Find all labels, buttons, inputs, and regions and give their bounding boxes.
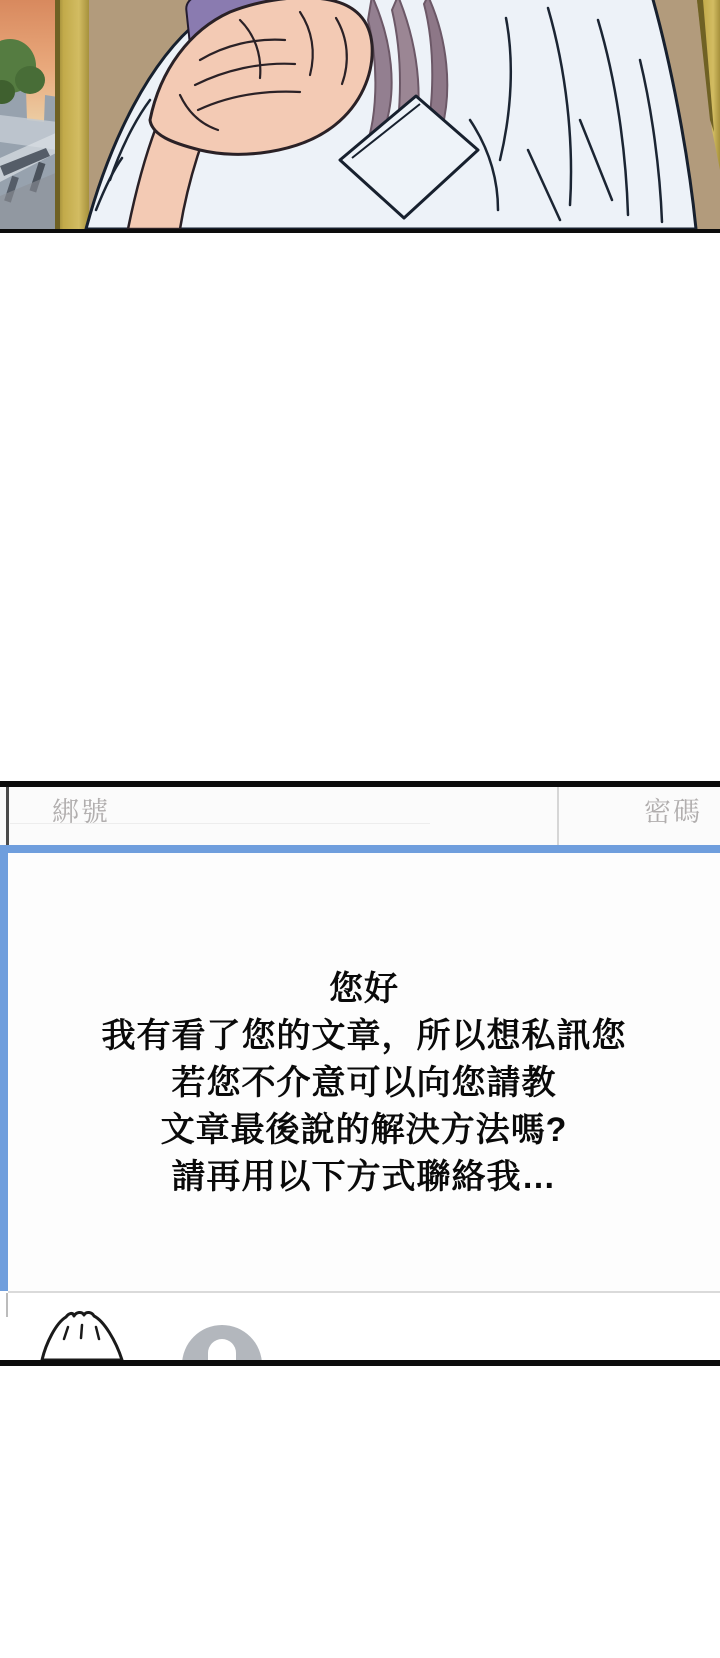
account-field-underline [10, 823, 430, 824]
field-divider [557, 787, 559, 845]
message-line: 請再用以下方式聯絡我… [8, 1154, 720, 1201]
chat-toolbar [0, 1293, 720, 1360]
password-field[interactable]: 密碼 [644, 790, 702, 829]
message-line: 您好 [8, 966, 720, 1013]
message-text: 您好 我有看了您的文章，所以想私訊您 若您不介意可以向您請教 文章最後說的解決方… [8, 966, 720, 1201]
login-form: 綁號 密碼 [0, 781, 720, 845]
message-line: 我有看了您的文章，所以想私訊您 [8, 1013, 720, 1060]
password-placeholder: 密碼 [644, 797, 702, 827]
bottom-whitespace [0, 1366, 720, 1658]
message-line: 文章最後說的解決方法嗎? [8, 1107, 720, 1154]
login-form-left-border [6, 787, 9, 845]
avatar-head-shape [208, 1339, 236, 1360]
webtoon-page: 綁號 密碼 您好 我有看了您的文章，所以想私訊您 若您不介意可以向您請教 文章最… [0, 0, 720, 1658]
bun-sticker-icon[interactable] [36, 1307, 128, 1360]
message-panel: 您好 我有看了您的文章，所以想私訊您 若您不介意可以向您請教 文章最後說的解決方… [0, 845, 720, 1291]
message-line: 若您不介意可以向您請教 [8, 1060, 720, 1107]
window-background [0, 0, 58, 229]
comic-illustration [0, 0, 720, 229]
avatar-placeholder-icon[interactable] [182, 1325, 262, 1360]
toolbar-left-border [6, 1293, 8, 1317]
comic-panel [0, 0, 720, 233]
